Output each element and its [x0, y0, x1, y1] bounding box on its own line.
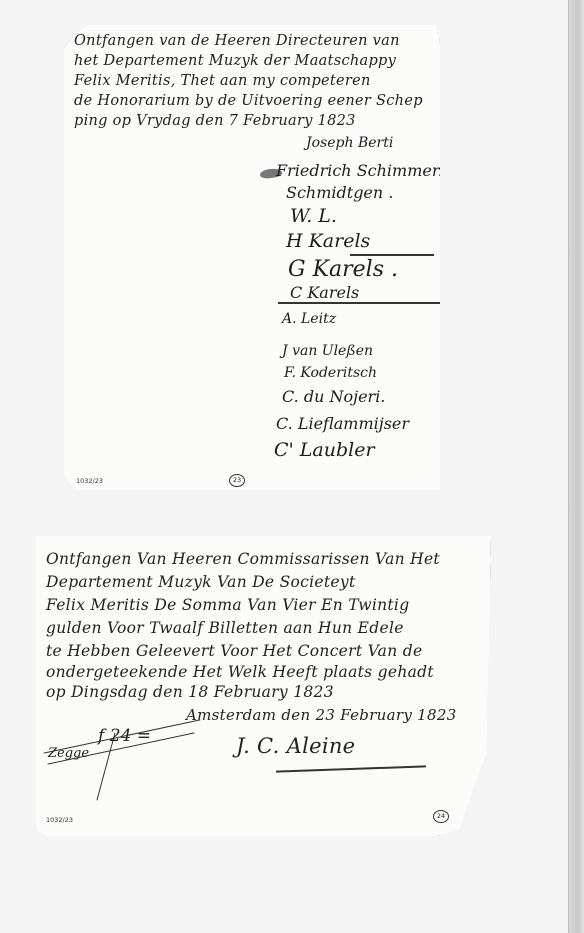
place-and-date: Amsterdam den 23 February 1823 — [186, 706, 457, 724]
signature-c-du-nojeri: C. du Nojeri. — [282, 387, 385, 406]
signature-flourish — [276, 765, 426, 772]
signature-g-karels: G Karels . — [288, 257, 398, 282]
receipt-2-line-2: Departement Muzyk Van De Societeyt — [46, 573, 355, 591]
signature-c-lieflammijser: C. Lieflammijser — [276, 414, 409, 433]
receipt-2-line-1: Ontfangen Van Heeren Commissarissen Van … — [46, 550, 440, 568]
folio-number: 24 — [433, 810, 449, 823]
signature-j-c-aleine: J. C. Aleine — [236, 734, 355, 758]
signature-a-leitz: A. Leitz — [282, 311, 336, 327]
receipt-2-line-7: op Dingsdag den 18 February 1823 — [46, 683, 334, 701]
receipt-2-line-6: ondergeteekende Het Welk Heeft plaats ge… — [46, 663, 434, 681]
receipt-sheet-2: Ontfangen Van Heeren Commissarissen Van … — [36, 536, 491, 836]
signature-c-laubler: C' Laubler — [274, 439, 375, 461]
signature-h-karels: H Karels — [286, 230, 370, 252]
receipt-1-line-2: het Departement Muzyk der Maatschappy — [74, 53, 396, 69]
signature-schmidtgen: Schmidtgen . — [286, 183, 393, 202]
archive-reference: 1032/23 — [76, 477, 103, 485]
receipt-1-line-1: Ontfangen van de Heeren Directeuren van — [74, 33, 400, 49]
folio-number: 23 — [229, 474, 245, 487]
scanner-edge-strip — [568, 0, 584, 933]
underline-rule — [350, 254, 434, 256]
receipt-1-line-3: Felix Meritis, Thet aan my competeren — [74, 73, 371, 89]
receipt-2-line-5: te Hebben Geleevert Voor Het Concert Van… — [46, 642, 422, 660]
divider-rule — [278, 302, 440, 304]
receipt-sheet-1: Ontfangen van de Heeren Directeuren van … — [64, 25, 440, 490]
signature-j-van-ulessen: J van Uleßen — [282, 343, 373, 359]
signature-joseph-berti: Joseph Berti — [306, 135, 393, 151]
amount-label: Zegge — [48, 746, 89, 761]
archive-reference: 1032/23 — [46, 816, 73, 824]
receipt-2-line-3: Felix Meritis De Somma Van Vier En Twint… — [46, 596, 409, 614]
signature-monogram: W. L. — [290, 205, 337, 227]
receipt-2-line-4: gulden Voor Twaalf Billetten aan Hun Ede… — [46, 619, 404, 637]
signature-f-koderitsch: F. Koderitsch — [284, 365, 377, 381]
receipt-1-line-5: ping op Vrydag den 7 February 1823 — [74, 113, 356, 129]
signature-c-karels: C Karels — [290, 283, 359, 302]
signature-friedrich-schimmer: Friedrich Schimmer. — [276, 161, 443, 180]
amount-value: f 24 = — [98, 726, 151, 746]
receipt-1-line-4: de Honorarium by de Uitvoering eener Sch… — [74, 93, 423, 109]
